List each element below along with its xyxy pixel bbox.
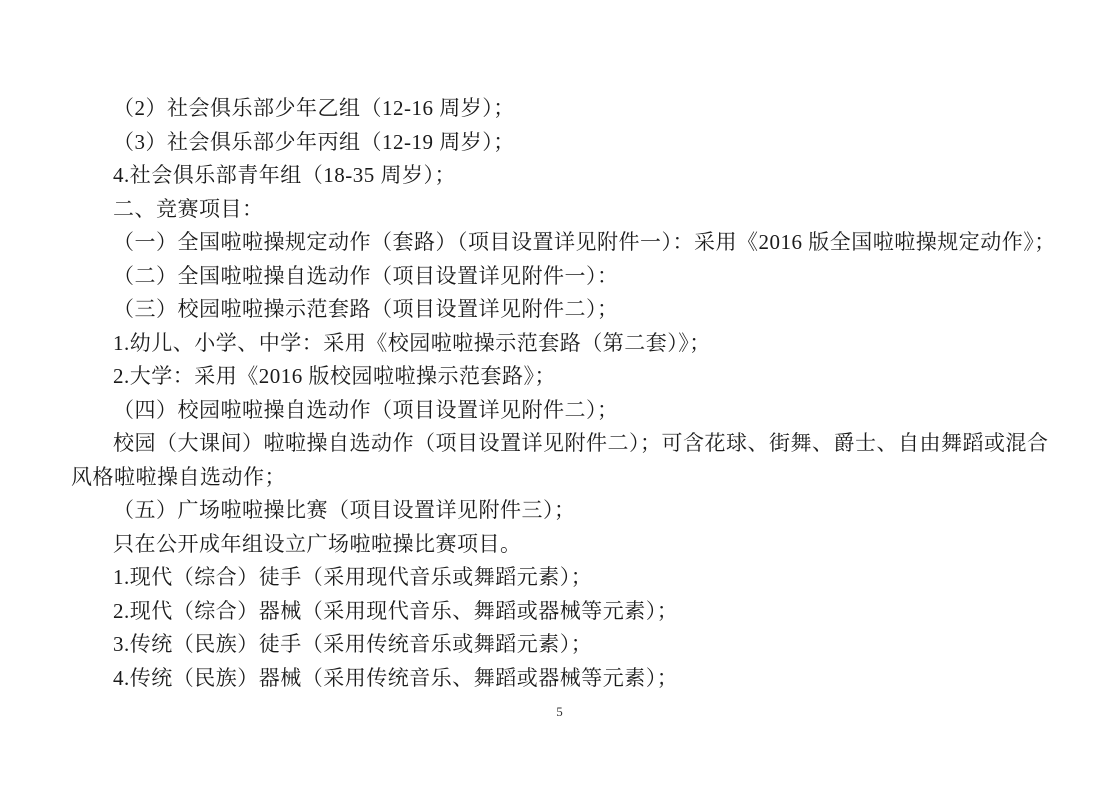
text-line: 1.现代（综合）徒手（采用现代音乐或舞蹈元素）； [71, 561, 1040, 595]
text-line: （一）全国啦啦操规定动作（套路）（项目设置详见附件一）：采用《2016 版全国啦… [71, 226, 1040, 260]
text-line: 4.社会俱乐部青年组（18-35 周岁）； [71, 159, 1040, 193]
text-line: 1.幼儿、小学、中学：采用《校园啦啦操示范套路（第二套）》； [71, 327, 1040, 361]
text-line: （四）校园啦啦操自选动作（项目设置详见附件二）； [71, 394, 1040, 428]
text-line: （五）广场啦啦操比赛（项目设置详见附件三）； [71, 494, 1040, 528]
text-line: 校园（大课间）啦啦操自选动作（项目设置详见附件二）；可含花球、街舞、爵士、自由舞… [71, 427, 1040, 461]
document-page: （2）社会俱乐部少年乙组（12-16 周岁）； （3）社会俱乐部少年丙组（12-… [0, 0, 1119, 790]
text-line: 2.大学：采用《2016 版校园啦啦操示范套路》； [71, 360, 1040, 394]
document-body: （2）社会俱乐部少年乙组（12-16 周岁）； （3）社会俱乐部少年丙组（12-… [71, 92, 1040, 695]
text-line: 只在公开成年组设立广场啦啦操比赛项目。 [71, 528, 1040, 562]
text-line: 3.传统（民族）徒手（采用传统音乐或舞蹈元素）； [71, 628, 1040, 662]
text-line: （3）社会俱乐部少年丙组（12-19 周岁）； [71, 126, 1040, 160]
text-line: （三）校园啦啦操示范套路（项目设置详见附件二）； [71, 293, 1040, 327]
text-line: 2.现代（综合）器械（采用现代音乐、舞蹈或器械等元素）； [71, 595, 1040, 629]
text-line: （二）全国啦啦操自选动作（项目设置详见附件一）： [71, 260, 1040, 294]
text-line: （2）社会俱乐部少年乙组（12-16 周岁）； [71, 92, 1040, 126]
text-line-continuation: 风格啦啦操自选动作； [71, 461, 1040, 495]
section-heading: 二、竞赛项目： [71, 193, 1040, 227]
text-line: 4.传统（民族）器械（采用传统音乐、舞蹈或器械等元素）； [71, 662, 1040, 696]
page-number: 5 [0, 702, 1119, 722]
